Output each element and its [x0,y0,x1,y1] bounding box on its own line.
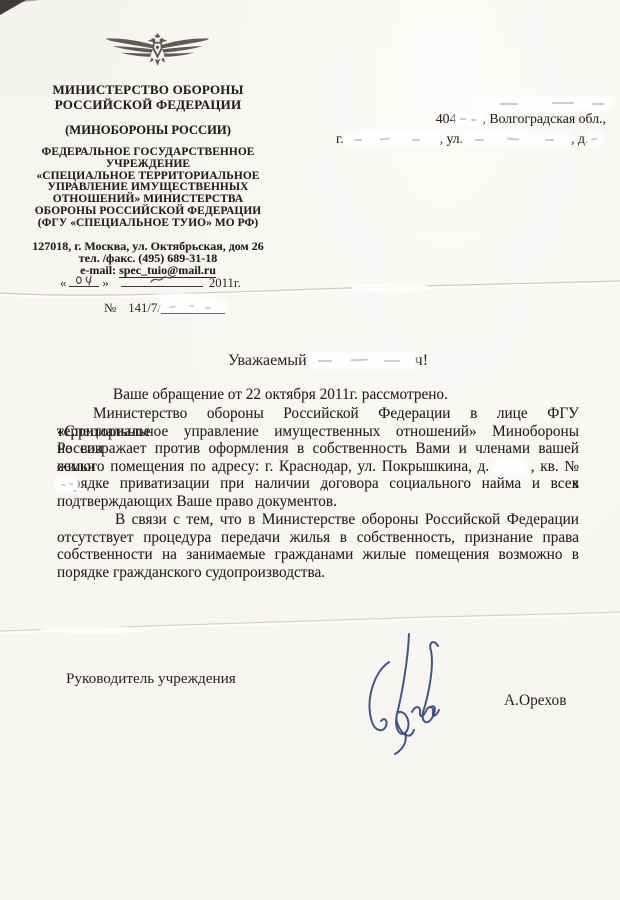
scanned-letter-page: МИНИСТЕРСТВО ОБОРОНЫ РОССИЙСКОЙ ФЕДЕРАЦИ… [0,0,620,900]
body-line: территориальное управление имущественных… [57,423,579,441]
reference-number-line: №141/7/ [104,299,225,316]
open-quote: « [60,276,66,290]
redacted-number-whiteout [161,301,225,314]
body-line-address: жилого помещения по адресу: г. Краснодар… [57,458,579,476]
body-line: не возражает против оформления в собстве… [57,440,579,458]
redacted-apartment-number-whiteout [57,478,77,490]
redacted-city-whiteout [346,134,438,144]
salutation-line: Уважаемый ч! [228,352,428,370]
body-line: собственности на занимаемые гражданами ж… [57,546,579,564]
position-title: Руководитель учреждения [66,670,236,688]
body-line: отсутствует процедура передачи жилья в с… [57,529,579,547]
date-line: «»2011г. [60,273,241,291]
signer-name: А.Орехов [504,692,566,710]
redacted-name-whiteout [312,354,414,367]
body-line: порядке приватизации при наличии договор… [57,475,579,493]
recipient-region: , Волгоградская обл., [482,111,606,126]
body-paragraph-1: Ваше обращение от 22 октября 2011г. расс… [57,386,579,404]
ministry-name-line2: РОССИЙСКОЙ ФЕДЕРАЦИИ [17,98,279,113]
number-value: 141/7/ [128,301,161,315]
recipient-address-line1: 404, Волгоградская обл., [330,111,606,127]
handwritten-day [69,273,99,287]
body-line: подтверждающих Ваше право документов. [57,493,579,511]
close-quote: » [102,276,108,290]
institution-name-line: ОБОРОНЫ РОССИЙСКОЙ ФЕДЕРАЦИИ [17,206,279,218]
recipient-house-label: , д. [571,131,588,146]
body-line: Министерство обороны Российской Федераци… [57,405,579,423]
number-sign: № [104,301,116,315]
recipient-zip: 404 [436,111,457,126]
body-paragraph-2: Министерство обороны Российской Федераци… [57,405,579,511]
institution-name-line: УЧРЕЖДЕНИЕ [17,159,279,171]
handwritten-month [121,273,203,287]
letterhead: МИНИСТЕРСТВО ОБОРОНЫ РОССИЙСКОЙ ФЕДЕРАЦИ… [17,83,279,276]
recipient-address-line2: г., ул., д. [336,131,620,147]
redacted-house-number-whiteout [495,461,525,473]
handwritten-signature [352,620,447,758]
body-paragraph-3: В связи с тем, что в Министерстве оборон… [57,511,579,581]
salutation-suffix: ч! [415,352,428,369]
redacted-house-whiteout [588,134,602,144]
body-line: В связи с тем, что в Министерстве оборон… [57,511,579,529]
salutation-prefix: Уважаемый [228,352,307,369]
year-label: 2011г. [209,276,241,290]
address-segment: , кв. № [531,458,579,475]
mod-double-eagle-emblem-icon [101,31,214,77]
recipient-street-label: , ул. [440,131,464,146]
redacted-street-whiteout [465,134,569,144]
redacted-recipient-name-whiteout [474,98,612,109]
body-line: порядке гражданского судопроизводства. [57,564,579,582]
ministry-name-line1: МИНИСТЕРСТВО ОБОРОНЫ [17,83,279,98]
institution-name-line: (ФГУ «СПЕЦИАЛЬНОЕ ТУИО» МО РФ) [17,218,279,230]
body-line: Ваше обращение от 22 октября 2011г. расс… [57,386,579,404]
redacted-zip-digits-whiteout [456,114,482,124]
address-segment: жилого помещения по адресу: г. Краснодар… [57,458,489,475]
postal-address: 127018, г. Москва, ул. Октябрьская, дом … [17,240,279,252]
ministry-short-name: (МИНОБОРОНЫ РОССИИ) [17,123,279,138]
recipient-city-label: г. [336,131,344,146]
